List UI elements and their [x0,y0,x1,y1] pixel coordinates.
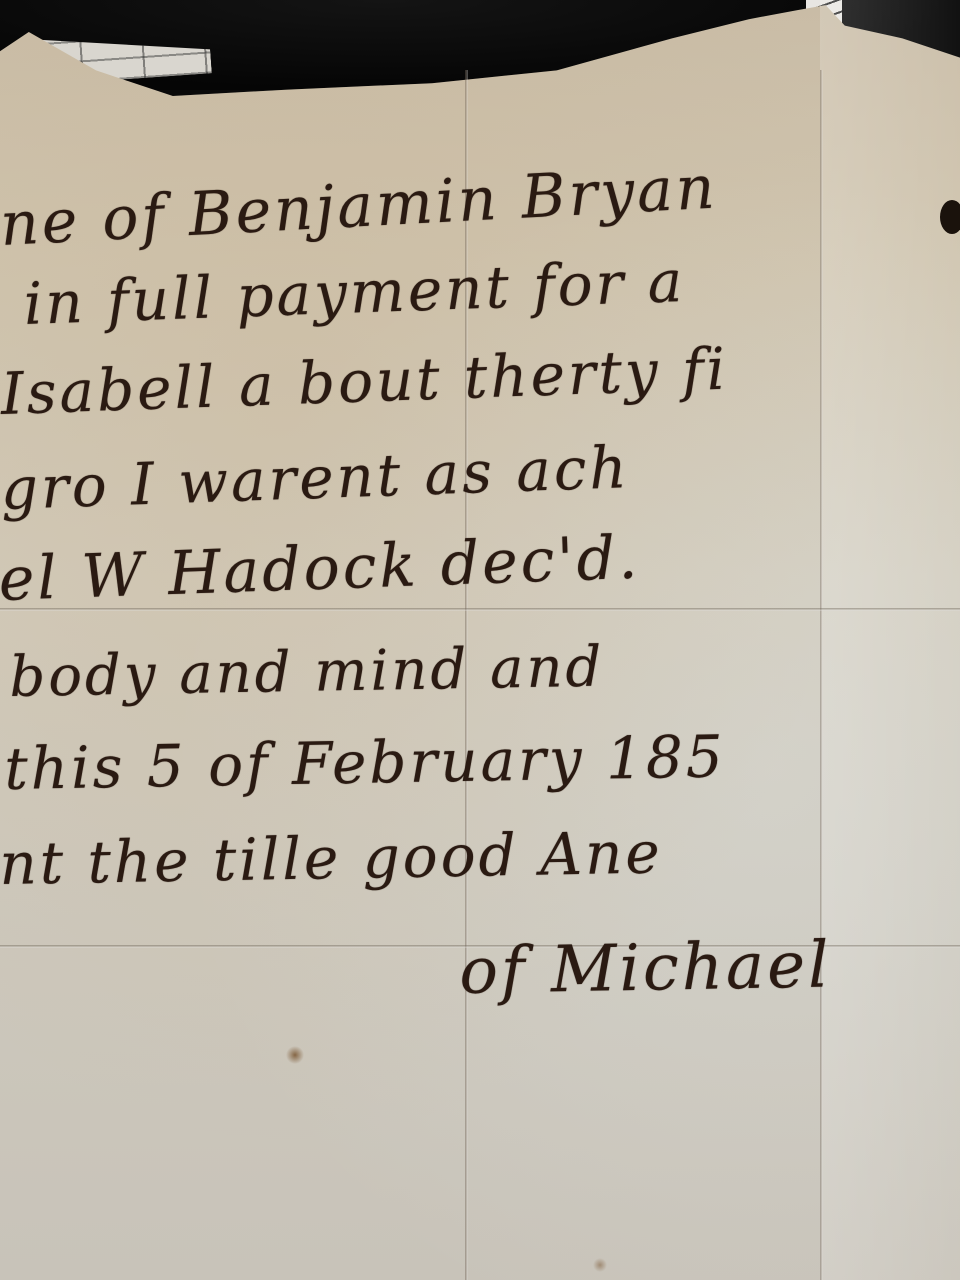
handwriting-line-7: this 5 of February 185 [4,722,726,803]
handwriting-signature-line: of Michael [459,929,832,1009]
ink-blot [940,200,960,234]
paper-right-panel [820,0,960,1280]
vertical-fold-line-right [820,70,823,1280]
handwriting-line-6: body and mind and [9,635,605,710]
handwriting-line-8: nt the tille good Ane [0,818,663,898]
document-photo: ne of Benjamin Bryan in full payment for… [0,0,960,1280]
